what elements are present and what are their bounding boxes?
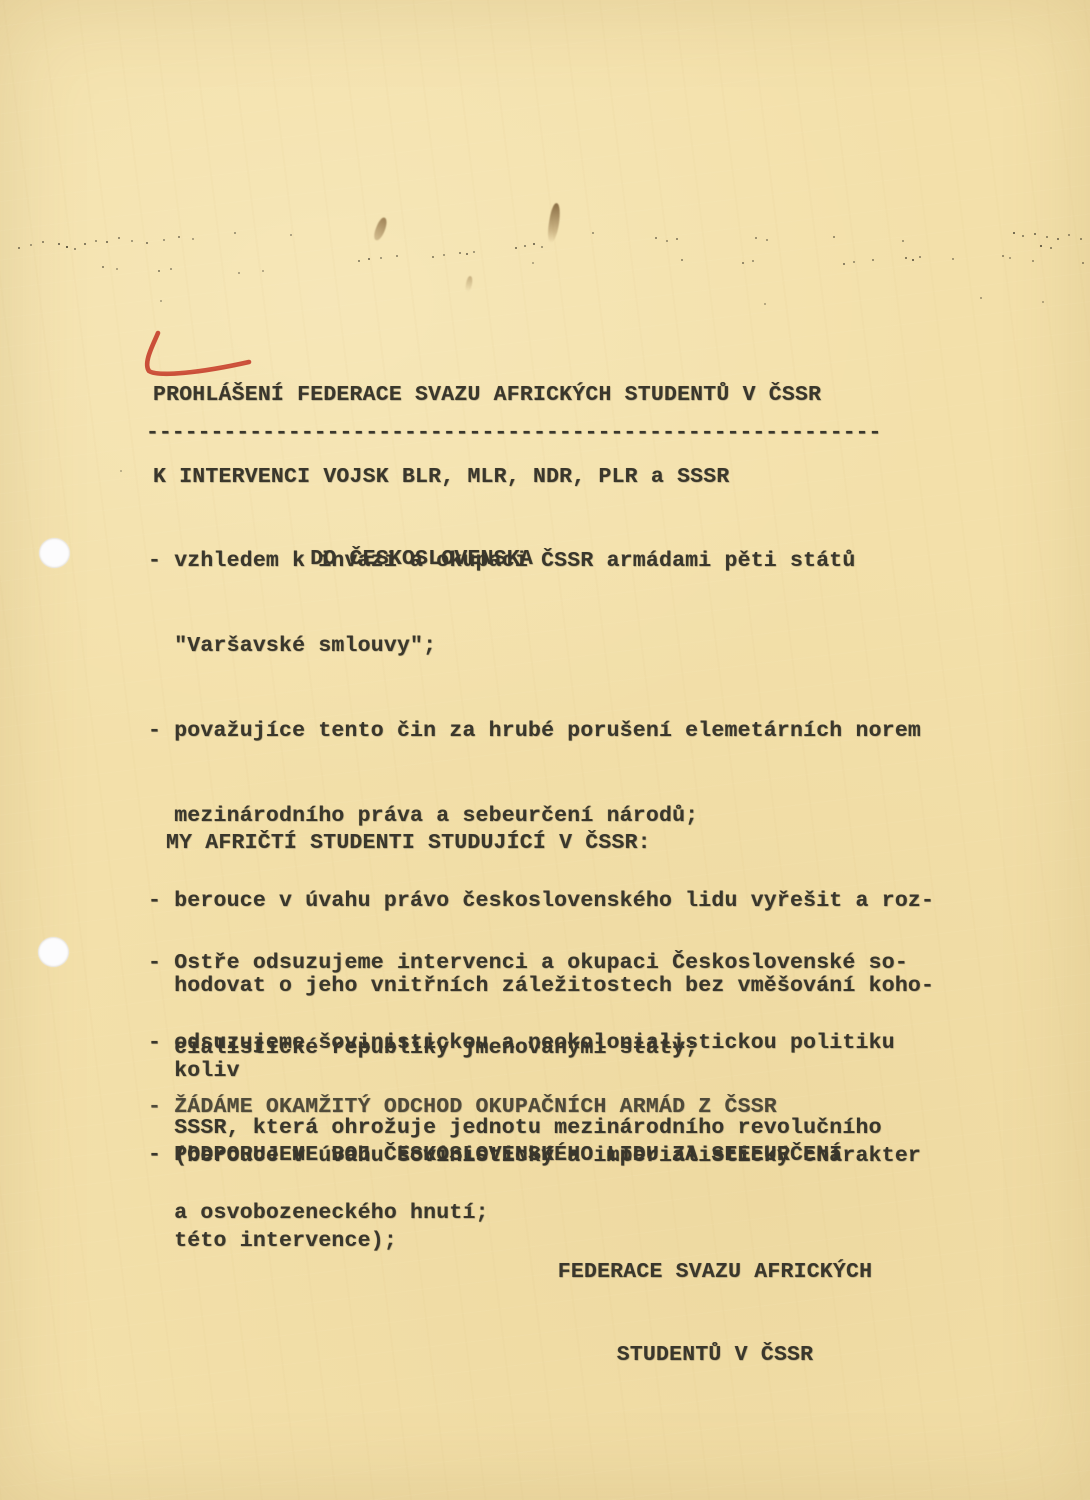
demand-line: - ŽÁDÁME OKAMŽITÝ ODCHOD OKUPAČNÍCH ARMÁ…: [148, 1089, 777, 1126]
signature-line: FEDERACE SVAZU AFRICKÝCH: [540, 1255, 890, 1290]
preamble-line: - vzhledem k invazi a okupaci ČSSR armád…: [148, 543, 934, 580]
preamble-line: "Varšavské smlouvy";: [148, 628, 934, 665]
punched-hole-icon: [39, 538, 70, 568]
signature-block: FEDERACE SVAZU AFRICKÝCH STUDENTŮ V ČSSR: [540, 1207, 890, 1421]
support-line: - PODPORUJEME BOJ ČESKOSLOVENSKÉHO LIDU …: [148, 1137, 842, 1174]
ink-smudge-icon: [372, 216, 389, 242]
signature-line: STUDENTŮ V ČSSR: [540, 1338, 890, 1373]
section-heading: MY AFRIČTÍ STUDENTI STUDUJÍCÍ V ČSSR:: [166, 825, 651, 862]
scanned-document-page: PROHLÁŠENÍ FEDERACE SVAZU AFRICKÝCH STUD…: [0, 0, 1090, 1500]
resolution-line: - odsuzujeme šovinistickou a neokolonial…: [148, 1025, 895, 1062]
scan-speckle-band-lower: [0, 0, 2, 2]
typed-dashed-divider: ----------------------------------------…: [146, 418, 881, 448]
title-line: K INTERVENCI VOJSK BLR, MLR, NDR, PLR a …: [153, 460, 821, 494]
ink-smudge-icon: [546, 202, 562, 243]
punched-hole-icon: [38, 937, 69, 967]
ink-smudge-icon: [464, 276, 473, 293]
preamble-line: - považujíce tento čin za hrubé porušení…: [148, 713, 934, 750]
title-line: PROHLÁŠENÍ FEDERACE SVAZU AFRICKÝCH STUD…: [153, 378, 821, 412]
